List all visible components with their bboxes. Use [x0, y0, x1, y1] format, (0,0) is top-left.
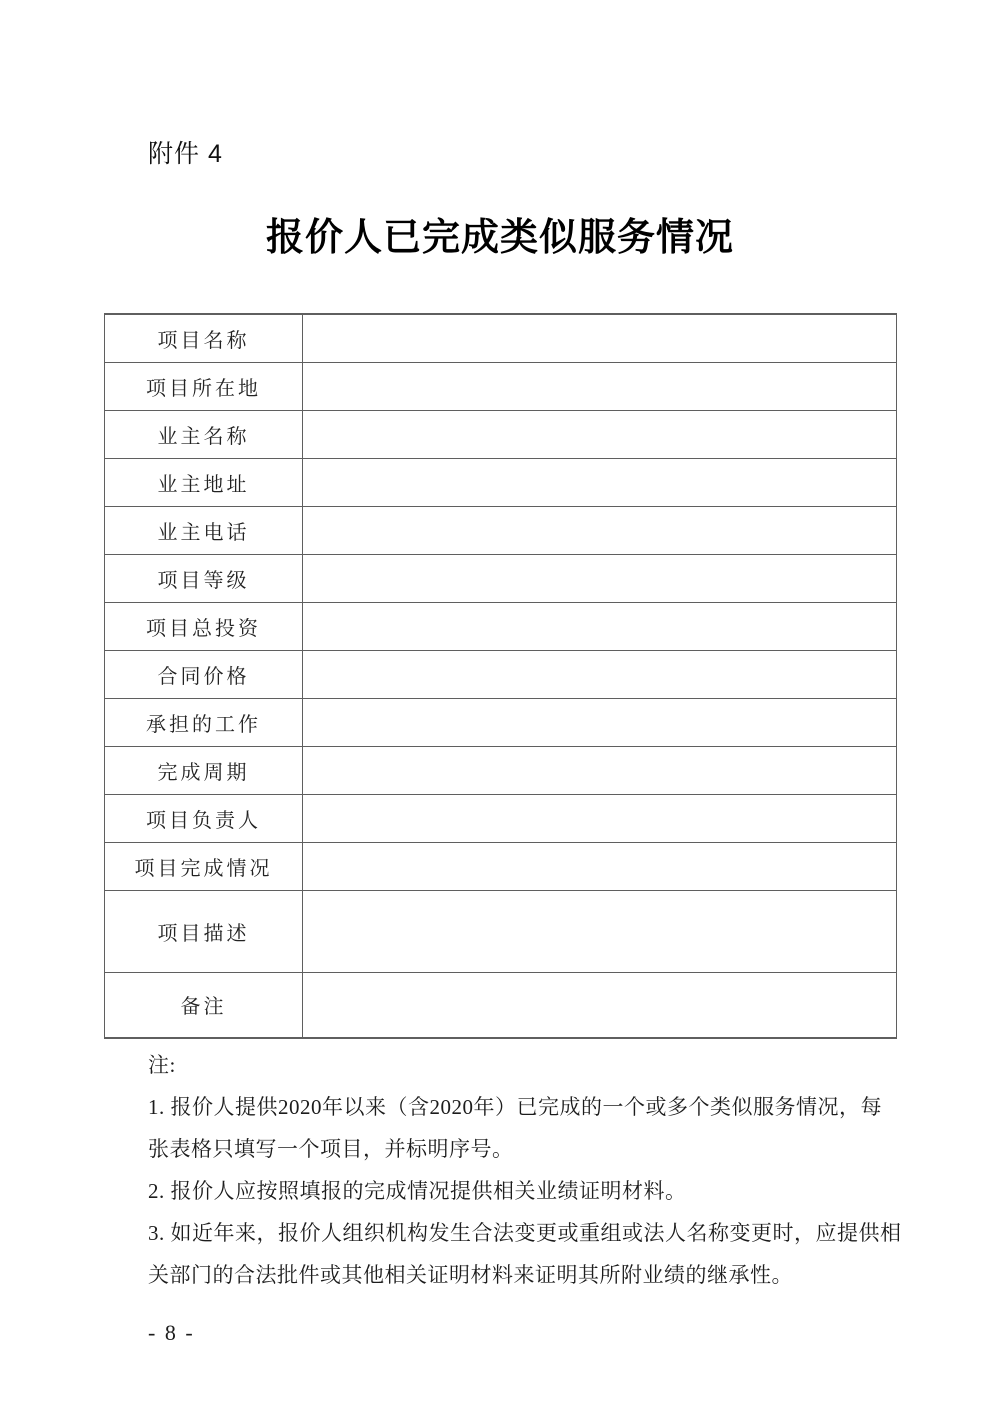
table-row: 项目所在地 — [105, 362, 897, 410]
row-value-cell — [303, 890, 897, 972]
row-label: 业主名称 — [105, 410, 303, 458]
row-value-cell — [303, 506, 897, 554]
page-number: - 8 - — [148, 1320, 195, 1346]
row-value-cell — [303, 698, 897, 746]
row-value-cell — [303, 650, 897, 698]
document-page: { "page": { "attachment_label": "附件 4", … — [0, 0, 1000, 1414]
row-label: 完成周期 — [105, 746, 303, 794]
row-label: 项目描述 — [105, 890, 303, 972]
note-item-1: 1. 报价人提供2020年以来（含2020年）已完成的一个或多个类似服务情况，每… — [148, 1086, 902, 1170]
row-value-cell — [303, 458, 897, 506]
row-value-cell — [303, 362, 897, 410]
notes-heading: 注: — [148, 1044, 902, 1086]
row-value-cell — [303, 410, 897, 458]
table-row: 业主电话 — [105, 506, 897, 554]
row-value-cell — [303, 794, 897, 842]
table-row: 备注 — [105, 972, 897, 1038]
note-item-2: 2. 报价人应按照填报的完成情况提供相关业绩证明材料。 — [148, 1170, 902, 1212]
table-row: 承担的工作 — [105, 698, 897, 746]
table-row: 项目名称 — [105, 314, 897, 362]
attachment-label: 附件 4 — [148, 134, 223, 170]
table-row: 完成周期 — [105, 746, 897, 794]
table-row: 业主地址 — [105, 458, 897, 506]
row-value-cell — [303, 602, 897, 650]
row-label: 项目名称 — [105, 314, 303, 362]
row-label: 备注 — [105, 972, 303, 1038]
table-row: 项目等级 — [105, 554, 897, 602]
row-value-cell — [303, 842, 897, 890]
table-row: 业主名称 — [105, 410, 897, 458]
notes-section: 注: 1. 报价人提供2020年以来（含2020年）已完成的一个或多个类似服务情… — [148, 1044, 902, 1296]
row-label: 项目负责人 — [105, 794, 303, 842]
similar-services-table: 项目名称 项目所在地 业主名称 业主地址 业主电话 项目等级 项目总投资 合同价… — [104, 313, 897, 1039]
row-value-cell — [303, 972, 897, 1038]
table-row: 项目总投资 — [105, 602, 897, 650]
row-value-cell — [303, 554, 897, 602]
row-value-cell — [303, 314, 897, 362]
row-label: 业主地址 — [105, 458, 303, 506]
table-row: 项目描述 — [105, 890, 897, 972]
note-item-3: 3. 如近年来，报价人组织机构发生合法变更或重组或法人名称变更时，应提供相关部门… — [148, 1212, 902, 1296]
row-label: 项目总投资 — [105, 602, 303, 650]
row-label: 项目所在地 — [105, 362, 303, 410]
table-row: 合同价格 — [105, 650, 897, 698]
table-row: 项目负责人 — [105, 794, 897, 842]
row-label: 业主电话 — [105, 506, 303, 554]
row-label: 承担的工作 — [105, 698, 303, 746]
row-label: 项目完成情况 — [105, 842, 303, 890]
row-value-cell — [303, 746, 897, 794]
page-title: 报价人已完成类似服务情况 — [0, 206, 1000, 261]
row-label: 项目等级 — [105, 554, 303, 602]
row-label: 合同价格 — [105, 650, 303, 698]
table-row: 项目完成情况 — [105, 842, 897, 890]
